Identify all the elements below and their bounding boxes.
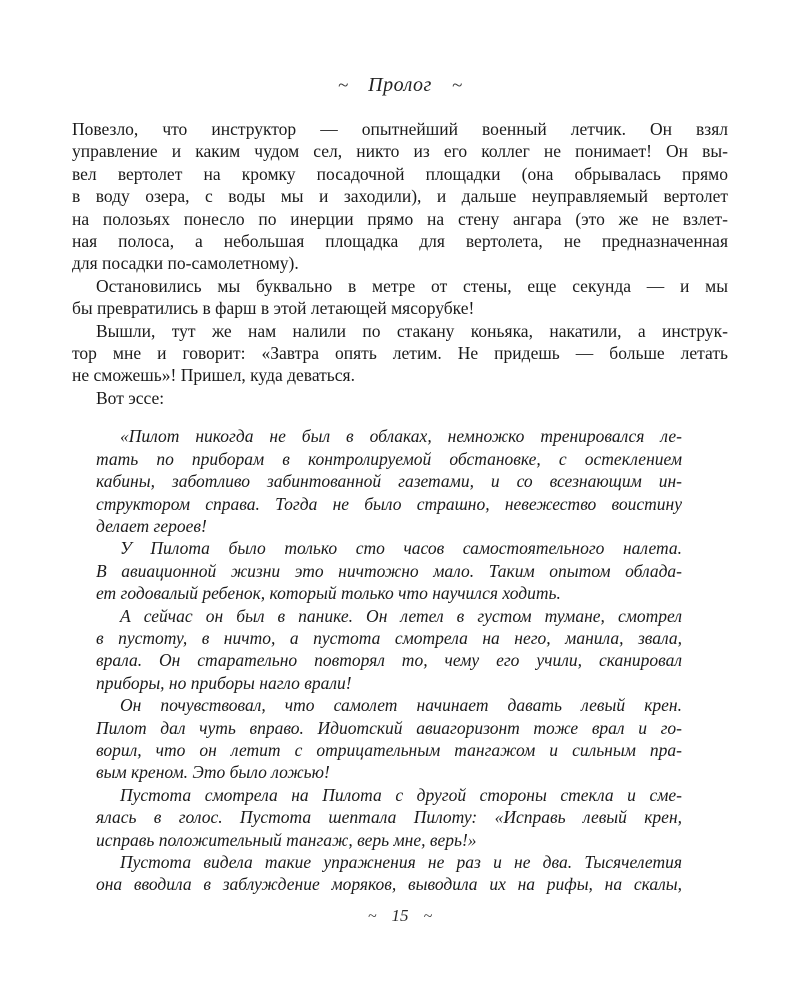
text-line: Пустота смотрела на Пилота с другой стор…	[96, 784, 682, 806]
essay-paragraph: Пустота смотрела на Пилота с другой стор…	[96, 784, 682, 851]
text-line: она вводила в заблуждение моряков, вывод…	[96, 873, 682, 895]
text-line: У Пилота было только сто часов самостоят…	[96, 537, 682, 559]
text-line: вел вертолет на кромку посадочной площад…	[72, 163, 728, 185]
body-paragraph: Остановились мы буквально в метре от сте…	[72, 275, 728, 320]
page-number: 15	[392, 906, 409, 926]
text-line: делает героев!	[96, 515, 682, 537]
text-line: Вышли, тут же нам налили по стакану конь…	[72, 320, 728, 342]
text-line: ная полоса, а небольшая площадка для вер…	[72, 230, 728, 252]
text-line: кабины, заботливо забинтованной газетами…	[96, 470, 682, 492]
page-footer: ~ 15 ~	[0, 906, 800, 926]
text-line: ворил, что он летит с отрицательным танг…	[96, 739, 682, 761]
body-paragraph: Вышли, тут же нам налили по стакану конь…	[72, 320, 728, 387]
essay-paragraph: Пустота видела такие упражнения не раз и…	[96, 851, 682, 896]
text-line: не сможешь»! Пришел, куда деваться.	[72, 364, 728, 386]
text-line: бы превратились в фарш в этой летающей м…	[72, 297, 728, 319]
text-line: ет годовалый ребенок, который только что…	[96, 582, 682, 604]
text-line: Он почувствовал, что самолет начинает да…	[96, 694, 682, 716]
text-line: исправь положительный тангаж, верь мне, …	[96, 829, 682, 851]
text-line: «Пилот никогда не был в облаках, немножк…	[96, 425, 682, 447]
text-line: Вот эссе:	[72, 387, 728, 409]
book-page: ~ Пролог ~ Повезло, что инструктор — опы…	[0, 0, 800, 1000]
text-line: на полозьях понесло по инерции прямо на …	[72, 208, 728, 230]
text-line: вым креном. Это было ложью!	[96, 761, 682, 783]
text-line: ялась в голос. Пустота шептала Пилоту: «…	[96, 806, 682, 828]
body-paragraph: Повезло, что инструктор — опытнейший вое…	[72, 118, 728, 275]
text-line: для посадки по-самолетному).	[72, 252, 728, 274]
text-line: Пустота видела такие упражнения не раз и…	[96, 851, 682, 873]
footer-tilde-ornament-left: ~	[368, 908, 377, 926]
chapter-header: ~ Пролог ~	[72, 73, 728, 98]
essay-paragraph: А сейчас он был в панике. Он летел в гус…	[96, 605, 682, 695]
essay-paragraph: «Пилот никогда не был в облаках, немножк…	[96, 425, 682, 537]
chapter-title: Пролог	[368, 73, 432, 97]
body-paragraph: Вот эссе:	[72, 387, 728, 409]
text-line: приборы, но приборы нагло врали!	[96, 672, 682, 694]
text-line: Остановились мы буквально в метре от сте…	[72, 275, 728, 297]
text-line: врала. Он старательно повторял то, чему …	[96, 649, 682, 671]
page-text: Повезло, что инструктор — опытнейший вое…	[72, 118, 728, 896]
text-line: тор мне и говорит: «Завтра опять летим. …	[72, 342, 728, 364]
essay-block: «Пилот никогда не был в облаках, немножк…	[96, 425, 682, 896]
header-tilde-ornament-left: ~	[338, 74, 348, 98]
footer-tilde-ornament-right: ~	[424, 908, 433, 926]
header-tilde-ornament-right: ~	[452, 74, 462, 98]
text-line: Пилот дал чуть вправо. Идиотский авиагор…	[96, 717, 682, 739]
text-line: управление и каким чудом сел, никто из е…	[72, 140, 728, 162]
essay-paragraph: У Пилота было только сто часов самостоят…	[96, 537, 682, 604]
body-text: Повезло, что инструктор — опытнейший вое…	[72, 118, 728, 409]
text-line: в пустоту, в ничто, а пустота смотрела н…	[96, 627, 682, 649]
text-line: в воду озера, с воды мы и заходили), и д…	[72, 185, 728, 207]
essay-paragraph: Он почувствовал, что самолет начинает да…	[96, 694, 682, 784]
text-line: Повезло, что инструктор — опытнейший вое…	[72, 118, 728, 140]
text-line: А сейчас он был в панике. Он летел в гус…	[96, 605, 682, 627]
text-line: В авиационной жизни это ничтожно мало. Т…	[96, 560, 682, 582]
text-line: структором справа. Тогда не было страшно…	[96, 493, 682, 515]
text-line: тать по приборам в контролируемой обстан…	[96, 448, 682, 470]
